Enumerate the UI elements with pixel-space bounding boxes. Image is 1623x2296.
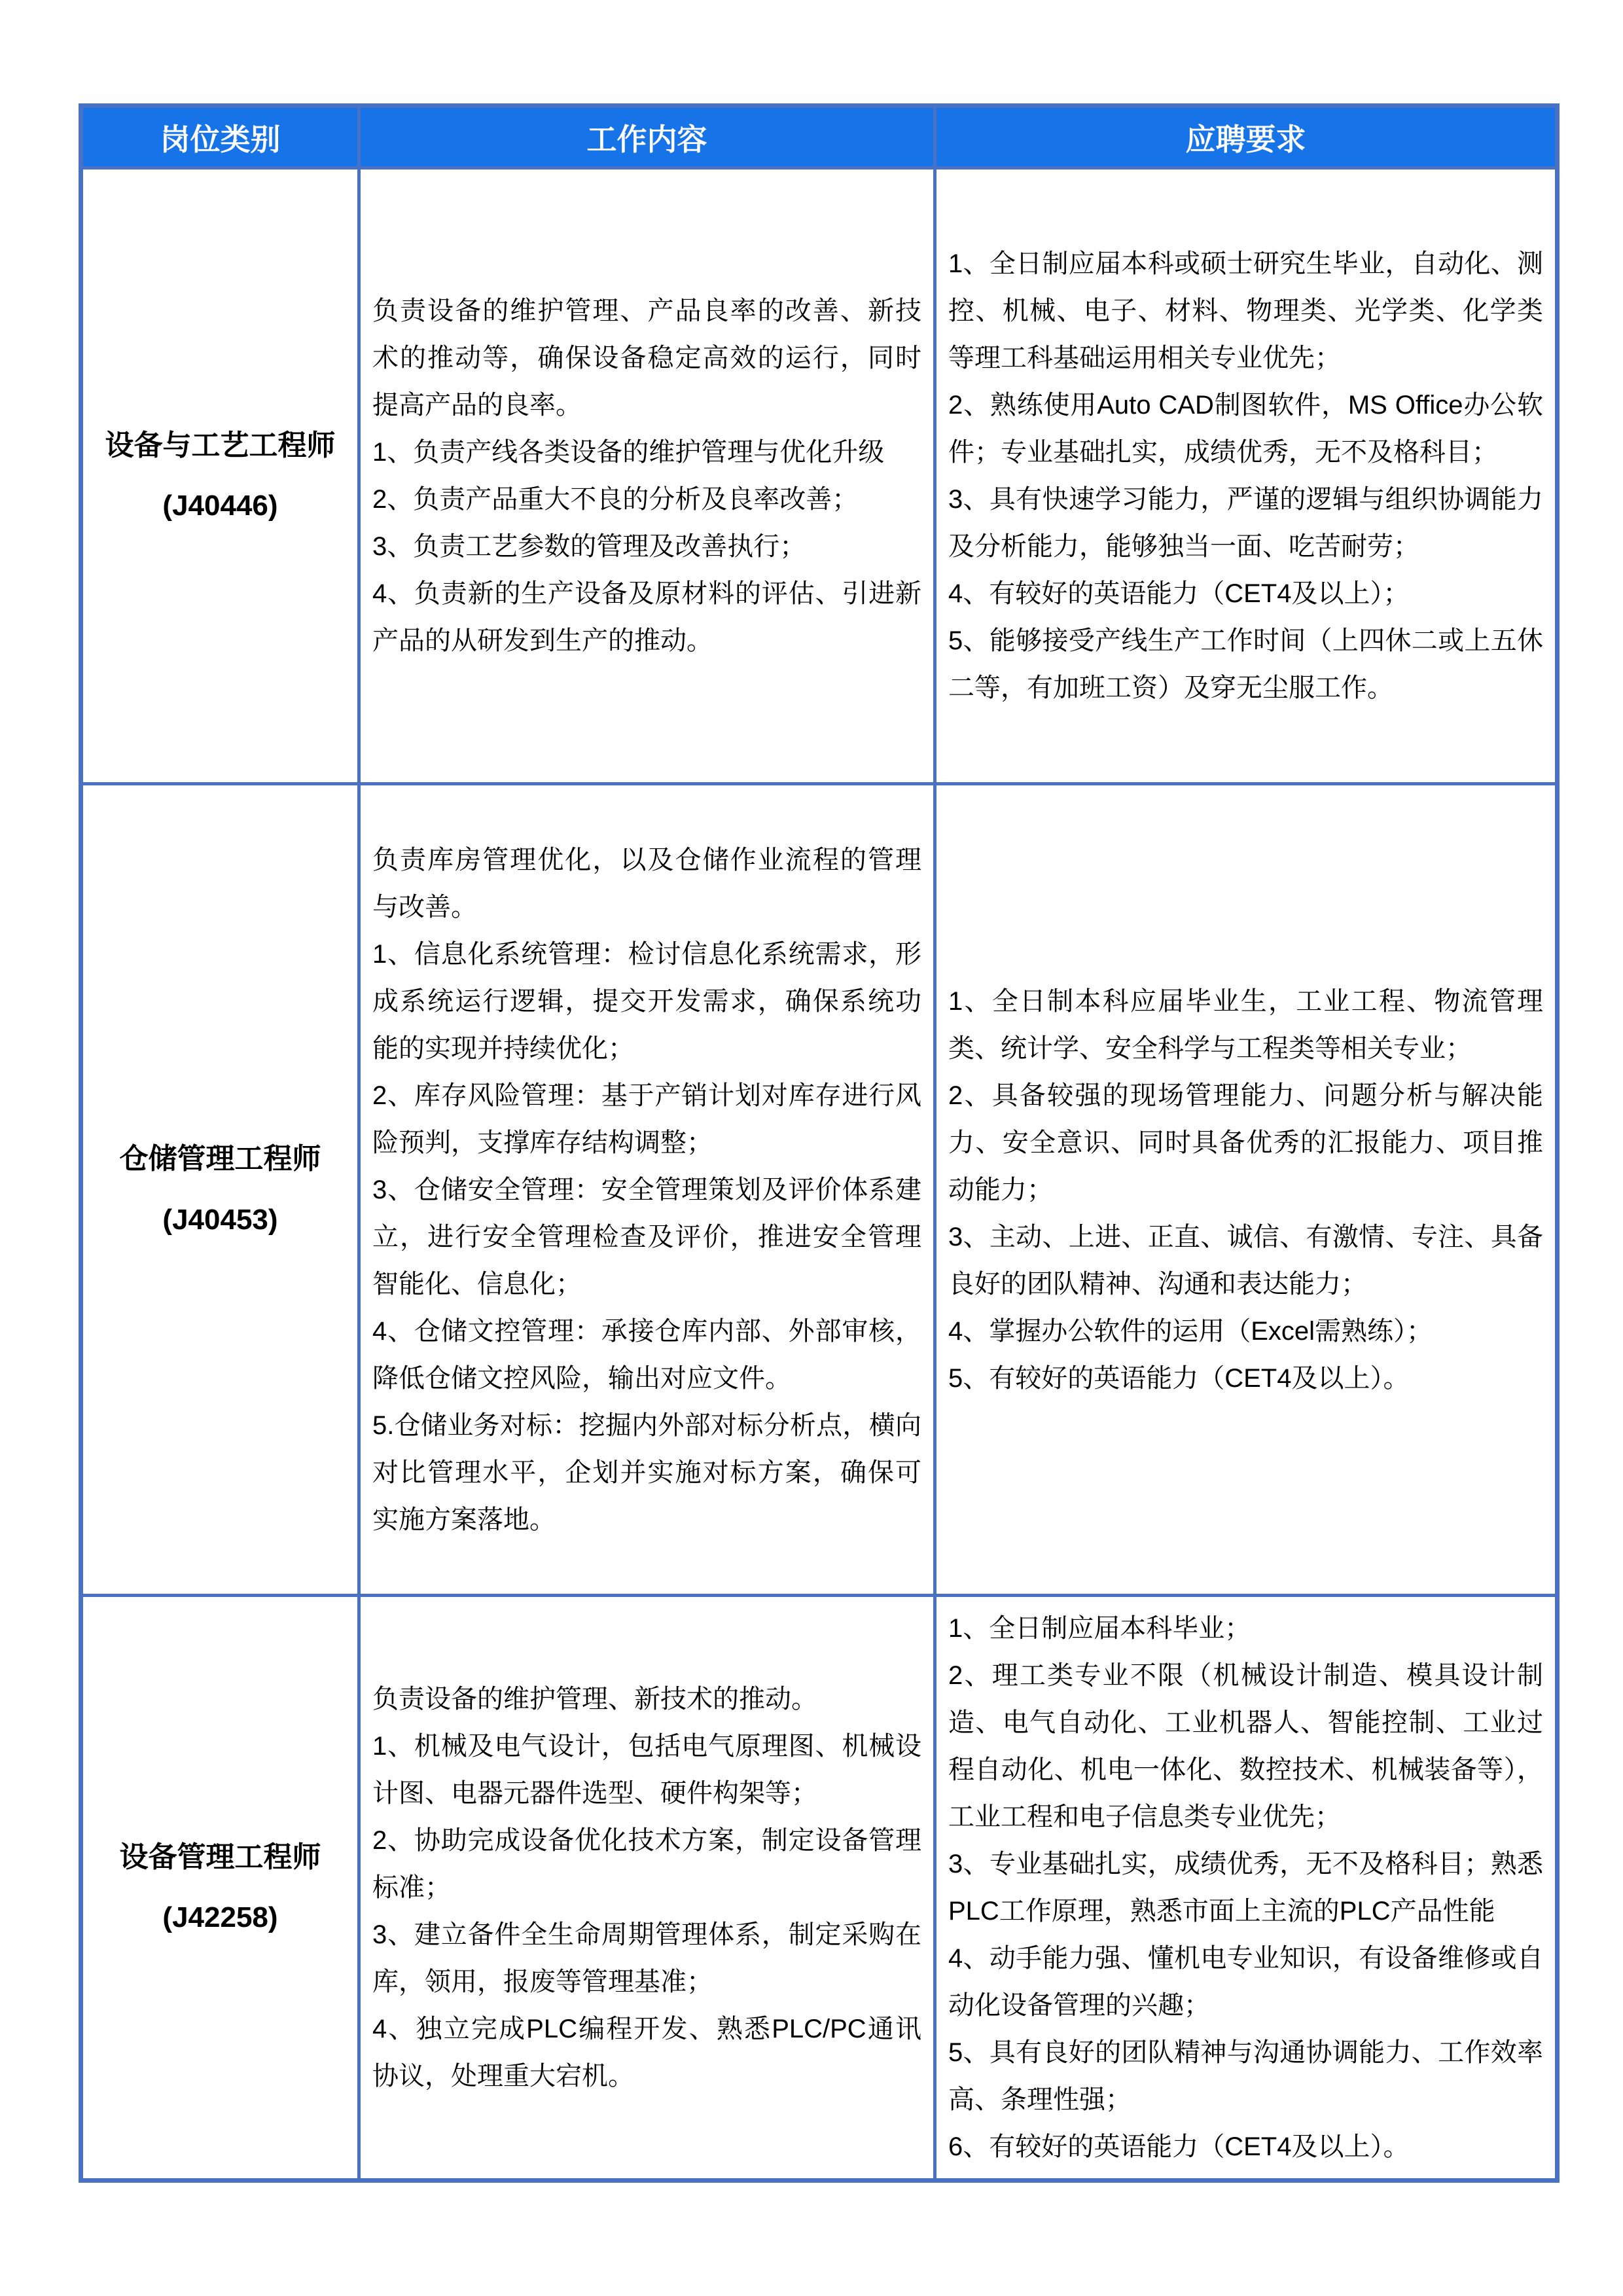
requirement-item: 3、具有快速学习能力，严谨的逻辑与组织协调能力及分析能力，能够独当一面、吃苦耐劳… [948, 476, 1543, 570]
duty-item: 2、库存风险管理：基于产销计划对库存进行风险预判，支撑库存结构调整； [372, 1072, 921, 1166]
position-title: 设备与工艺工程师 [90, 416, 351, 476]
requirement-item: 5、能够接受产线生产工作时间（上四休二或上五休二等，有加班工资）及穿无尘服工作。 [948, 617, 1543, 711]
duty-item: 5.仓储业务对标：挖掘内外部对标分析点，横向对比管理水平，企划并实施对标方案，确… [372, 1402, 921, 1543]
position-code: (J40453) [90, 1190, 351, 1250]
requirement-item: 4、有较好的英语能力（CET4及以上）； [948, 570, 1543, 617]
duty-item: 3、建立备件全生命周期管理体系，制定采购在库，领用，报废等管理基准； [372, 1911, 921, 2005]
requirement-item: 2、理工类专业不限（机械设计制造、模具设计制造、电气自动化、工业机器人、智能控制… [948, 1652, 1543, 1840]
duty-item: 4、仓储文控管理：承接仓库内部、外部审核，降低仓储文控风险，输出对应文件。 [372, 1308, 921, 1402]
table-row: 设备与工艺工程师 (J40446) 负责设备的维护管理、产品良率的改善、新技术的… [81, 168, 1558, 784]
requirement-item: 4、掌握办公软件的运用（Excel需熟练）； [948, 1308, 1543, 1355]
position-code: (J40446) [90, 476, 351, 536]
requirement-item: 1、全日制应届本科或硕士研究生毕业，自动化、测控、机械、电子、材料、物理类、光学… [948, 240, 1543, 382]
requirement-item: 5、具有良好的团队精神与沟通协调能力、工作效率高、条理性强； [948, 2029, 1543, 2123]
duties-cell: 负责设备的维护管理、产品良率的改善、新技术的推动等，确保设备稳定高效的运行，同时… [359, 168, 935, 784]
requirements-cell: 1、全日制本科应届毕业生，工业工程、物流管理类、统计学、安全科学与工程类等相关专… [935, 784, 1558, 1596]
duty-item: 1、负责产线各类设备的维护管理与优化升级 [372, 429, 921, 476]
duty-item: 4、独立完成PLC编程开发、熟悉PLC/PC通讯协议，处理重大宕机。 [372, 2005, 921, 2100]
position-code: (J42258) [90, 1888, 351, 1948]
duty-item: 3、负责工艺参数的管理及改善执行； [372, 523, 921, 570]
requirement-item: 3、主动、上进、正直、诚信、有激情、专注、具备良好的团队精神、沟通和表达能力； [948, 1213, 1543, 1308]
requirement-item: 2、具备较强的现场管理能力、问题分析与解决能力、安全意识、同时具备优秀的汇报能力… [948, 1072, 1543, 1213]
header-cell-requirements: 应聘要求 [935, 106, 1558, 168]
table-row: 仓储管理工程师 (J40453) 负责库房管理优化，以及仓储作业流程的管理与改善… [81, 784, 1558, 1596]
duty-item: 1、信息化系统管理：检讨信息化系统需求，形成系统运行逻辑，提交开发需求，确保系统… [372, 931, 921, 1072]
duty-item: 4、负责新的生产设备及原材料的评估、引进新产品的从研发到生产的推动。 [372, 570, 921, 664]
duties-cell: 负责设备的维护管理、新技术的推动。 1、机械及电气设计，包括电气原理图、机械设计… [359, 1596, 935, 2181]
header-cell-job-content: 工作内容 [359, 106, 935, 168]
requirement-item: 6、有较好的英语能力（CET4及以上）。 [948, 2123, 1543, 2170]
table-header-row: 岗位类别 工作内容 应聘要求 [81, 106, 1558, 168]
job-postings-table: 岗位类别 工作内容 应聘要求 设备与工艺工程师 (J40446) 负责设备的维护… [79, 103, 1560, 2183]
duty-item: 负责设备的维护管理、新技术的推动。 [372, 1676, 921, 1723]
duty-item: 3、仓储安全管理：安全管理策划及评价体系建立，进行安全管理检查及评价，推进安全管… [372, 1166, 921, 1308]
requirements-cell: 1、全日制应届本科毕业； 2、理工类专业不限（机械设计制造、模具设计制造、电气自… [935, 1596, 1558, 2181]
table-row: 设备管理工程师 (J42258) 负责设备的维护管理、新技术的推动。 1、机械及… [81, 1596, 1558, 2181]
requirement-item: 2、熟练使用Auto CAD制图软件，MS Office办公软件；专业基础扎实，… [948, 382, 1543, 476]
requirement-item: 4、动手能力强、懂机电专业知识，有设备维修或自动化设备管理的兴趣； [948, 1935, 1543, 2029]
duty-item: 2、协助完成设备优化技术方案，制定设备管理标准； [372, 1817, 921, 1911]
position-cell: 设备与工艺工程师 (J40446) [81, 168, 359, 784]
requirement-item: 5、有较好的英语能力（CET4及以上）。 [948, 1355, 1543, 1402]
duty-item: 负责库房管理优化，以及仓储作业流程的管理与改善。 [372, 836, 921, 931]
position-cell: 设备管理工程师 (J42258) [81, 1596, 359, 2181]
duty-item: 2、负责产品重大不良的分析及良率改善； [372, 476, 921, 523]
header-cell-position-category: 岗位类别 [81, 106, 359, 168]
requirements-cell: 1、全日制应届本科或硕士研究生毕业，自动化、测控、机械、电子、材料、物理类、光学… [935, 168, 1558, 784]
duty-item: 1、机械及电气设计，包括电气原理图、机械设计图、电器元器件选型、硬件构架等； [372, 1723, 921, 1817]
requirement-item: 1、全日制应届本科毕业； [948, 1605, 1543, 1652]
requirement-item: 1、全日制本科应届毕业生，工业工程、物流管理类、统计学、安全科学与工程类等相关专… [948, 978, 1543, 1072]
duty-item: 负责设备的维护管理、产品良率的改善、新技术的推动等，确保设备稳定高效的运行，同时… [372, 287, 921, 429]
position-cell: 仓储管理工程师 (J40453) [81, 784, 359, 1596]
position-title: 仓储管理工程师 [90, 1129, 351, 1189]
requirement-item: 3、专业基础扎实，成绩优秀，无不及格科目；熟悉PLC工作原理，熟悉市面上主流的P… [948, 1840, 1543, 1935]
duties-cell: 负责库房管理优化，以及仓储作业流程的管理与改善。 1、信息化系统管理：检讨信息化… [359, 784, 935, 1596]
position-title: 设备管理工程师 [90, 1827, 351, 1888]
